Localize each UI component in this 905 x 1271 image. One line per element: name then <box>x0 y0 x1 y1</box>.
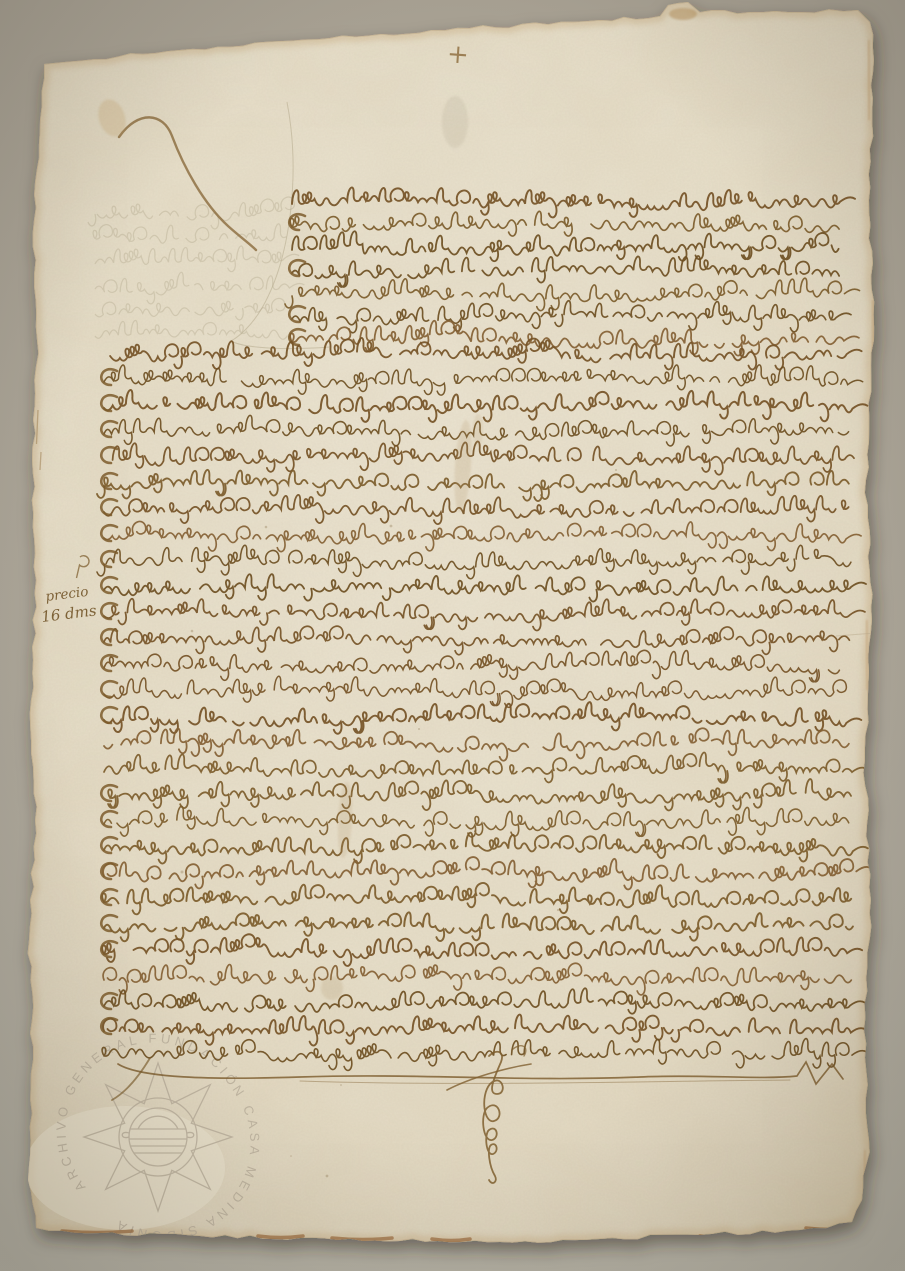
manuscript-scene: ARCHIVO GENERAL FUNDACIÓN CASA MEDINA SI… <box>0 0 905 1271</box>
manuscript-photo: ARCHIVO GENERAL FUNDACIÓN CASA MEDINA SI… <box>0 0 905 1271</box>
photo-vignette <box>0 0 905 1271</box>
